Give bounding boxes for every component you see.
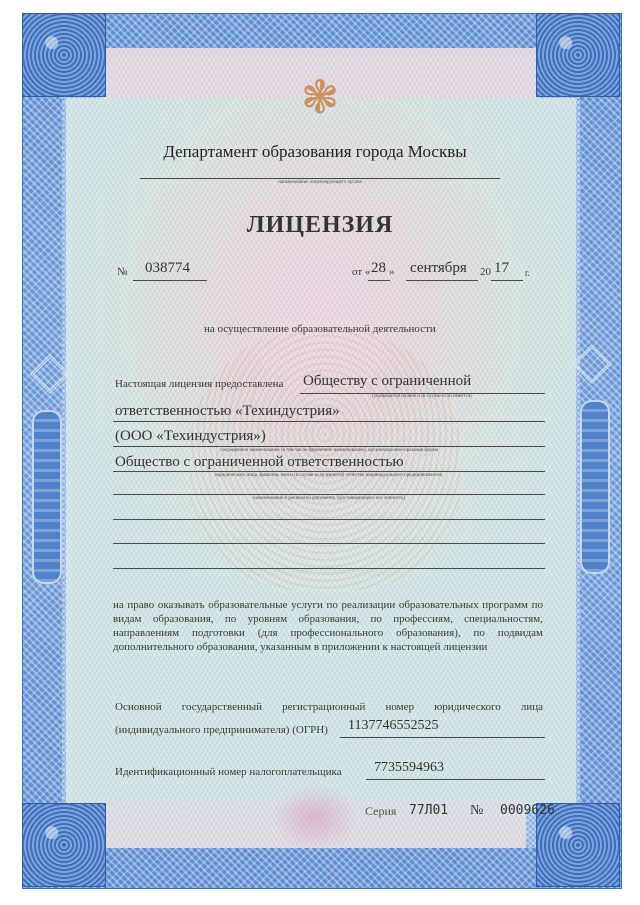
- holder-name-line-1: Обществу с ограниченной: [303, 373, 471, 390]
- holder-caption-4: наименование и реквизиты документа, удос…: [113, 496, 545, 501]
- holder-caption-3: юридического лица, фамилия, имя и (в слу…: [113, 473, 545, 478]
- ogrn-value: 1137746552525: [348, 718, 438, 734]
- holder-legal-form: Общество с ограниченной ответственностью: [115, 454, 404, 471]
- license-document: ❃ Департамент образования города Москвы …: [0, 0, 640, 905]
- holder-caption-1: (указывается полное и (в случае если име…: [352, 394, 492, 399]
- holder-name-line-2: ответственностью «Техиндустрия»: [115, 403, 340, 420]
- series-label: Серия: [365, 804, 396, 819]
- date-month: сентября: [410, 260, 467, 277]
- document-title: ЛИЦЕНЗИЯ: [200, 212, 440, 239]
- license-purpose: на осуществление образовательной деятель…: [204, 323, 436, 335]
- number-label: №: [117, 266, 128, 278]
- date-day-suffix: »: [389, 266, 395, 278]
- blank-line-1: [113, 519, 545, 520]
- ogrn-label-line-1: Основной государственный регистрационный…: [115, 701, 543, 713]
- double-headed-eagle-icon: ❃: [290, 68, 350, 128]
- corner-ornament-top-right: [536, 13, 620, 97]
- authority-underline: [140, 178, 500, 179]
- blank-number-value: 0009626: [500, 803, 555, 818]
- date-year-prefix: 20: [480, 266, 491, 278]
- inn-label: Идентификационный номер налогоплательщик…: [115, 766, 342, 778]
- blank-line-2: [113, 543, 545, 544]
- holder-underline-3: [113, 446, 545, 447]
- holder-underline-4: [113, 471, 545, 472]
- year-underline: [491, 280, 523, 281]
- bottom-watermark-icon: [270, 782, 360, 852]
- rights-paragraph: на право оказывать образовательные услуг…: [113, 598, 543, 654]
- inn-value: 7735594963: [374, 760, 444, 776]
- holder-underline-2: [113, 421, 545, 422]
- date-prefix: от «: [352, 266, 370, 278]
- holder-underline-5: [113, 494, 545, 495]
- month-underline: [406, 280, 478, 281]
- holder-short-name: (ООО «Техиндустрия»): [115, 428, 266, 445]
- blank-line-3: [113, 568, 545, 569]
- license-number: 038774: [145, 260, 190, 277]
- side-medallion-right: [580, 400, 610, 574]
- ogrn-underline: [340, 737, 545, 738]
- holder-caption-2: сокращенное наименование (в том числе фи…: [113, 448, 545, 453]
- blank-number-label: №: [470, 803, 483, 819]
- series-value: 77Л01: [409, 803, 448, 818]
- date-year-suffix: г.: [525, 268, 530, 278]
- inn-underline: [366, 779, 545, 780]
- day-underline: [368, 280, 390, 281]
- corner-ornament-top-left: [22, 13, 106, 97]
- authority-caption: наименование лицензирующего органа: [140, 180, 500, 185]
- number-underline: [133, 280, 207, 281]
- date-day: 28: [371, 260, 386, 277]
- side-medallion-left: [32, 410, 62, 584]
- corner-ornament-bottom-left: [22, 803, 106, 887]
- date-year: 17: [494, 260, 509, 277]
- ogrn-label-line-2: (индивидуального предпринимателя) (ОГРН): [115, 724, 328, 736]
- issuing-authority: Департамент образования города Москвы: [140, 142, 490, 162]
- granted-to-label: Настоящая лицензия предоставлена: [115, 378, 283, 390]
